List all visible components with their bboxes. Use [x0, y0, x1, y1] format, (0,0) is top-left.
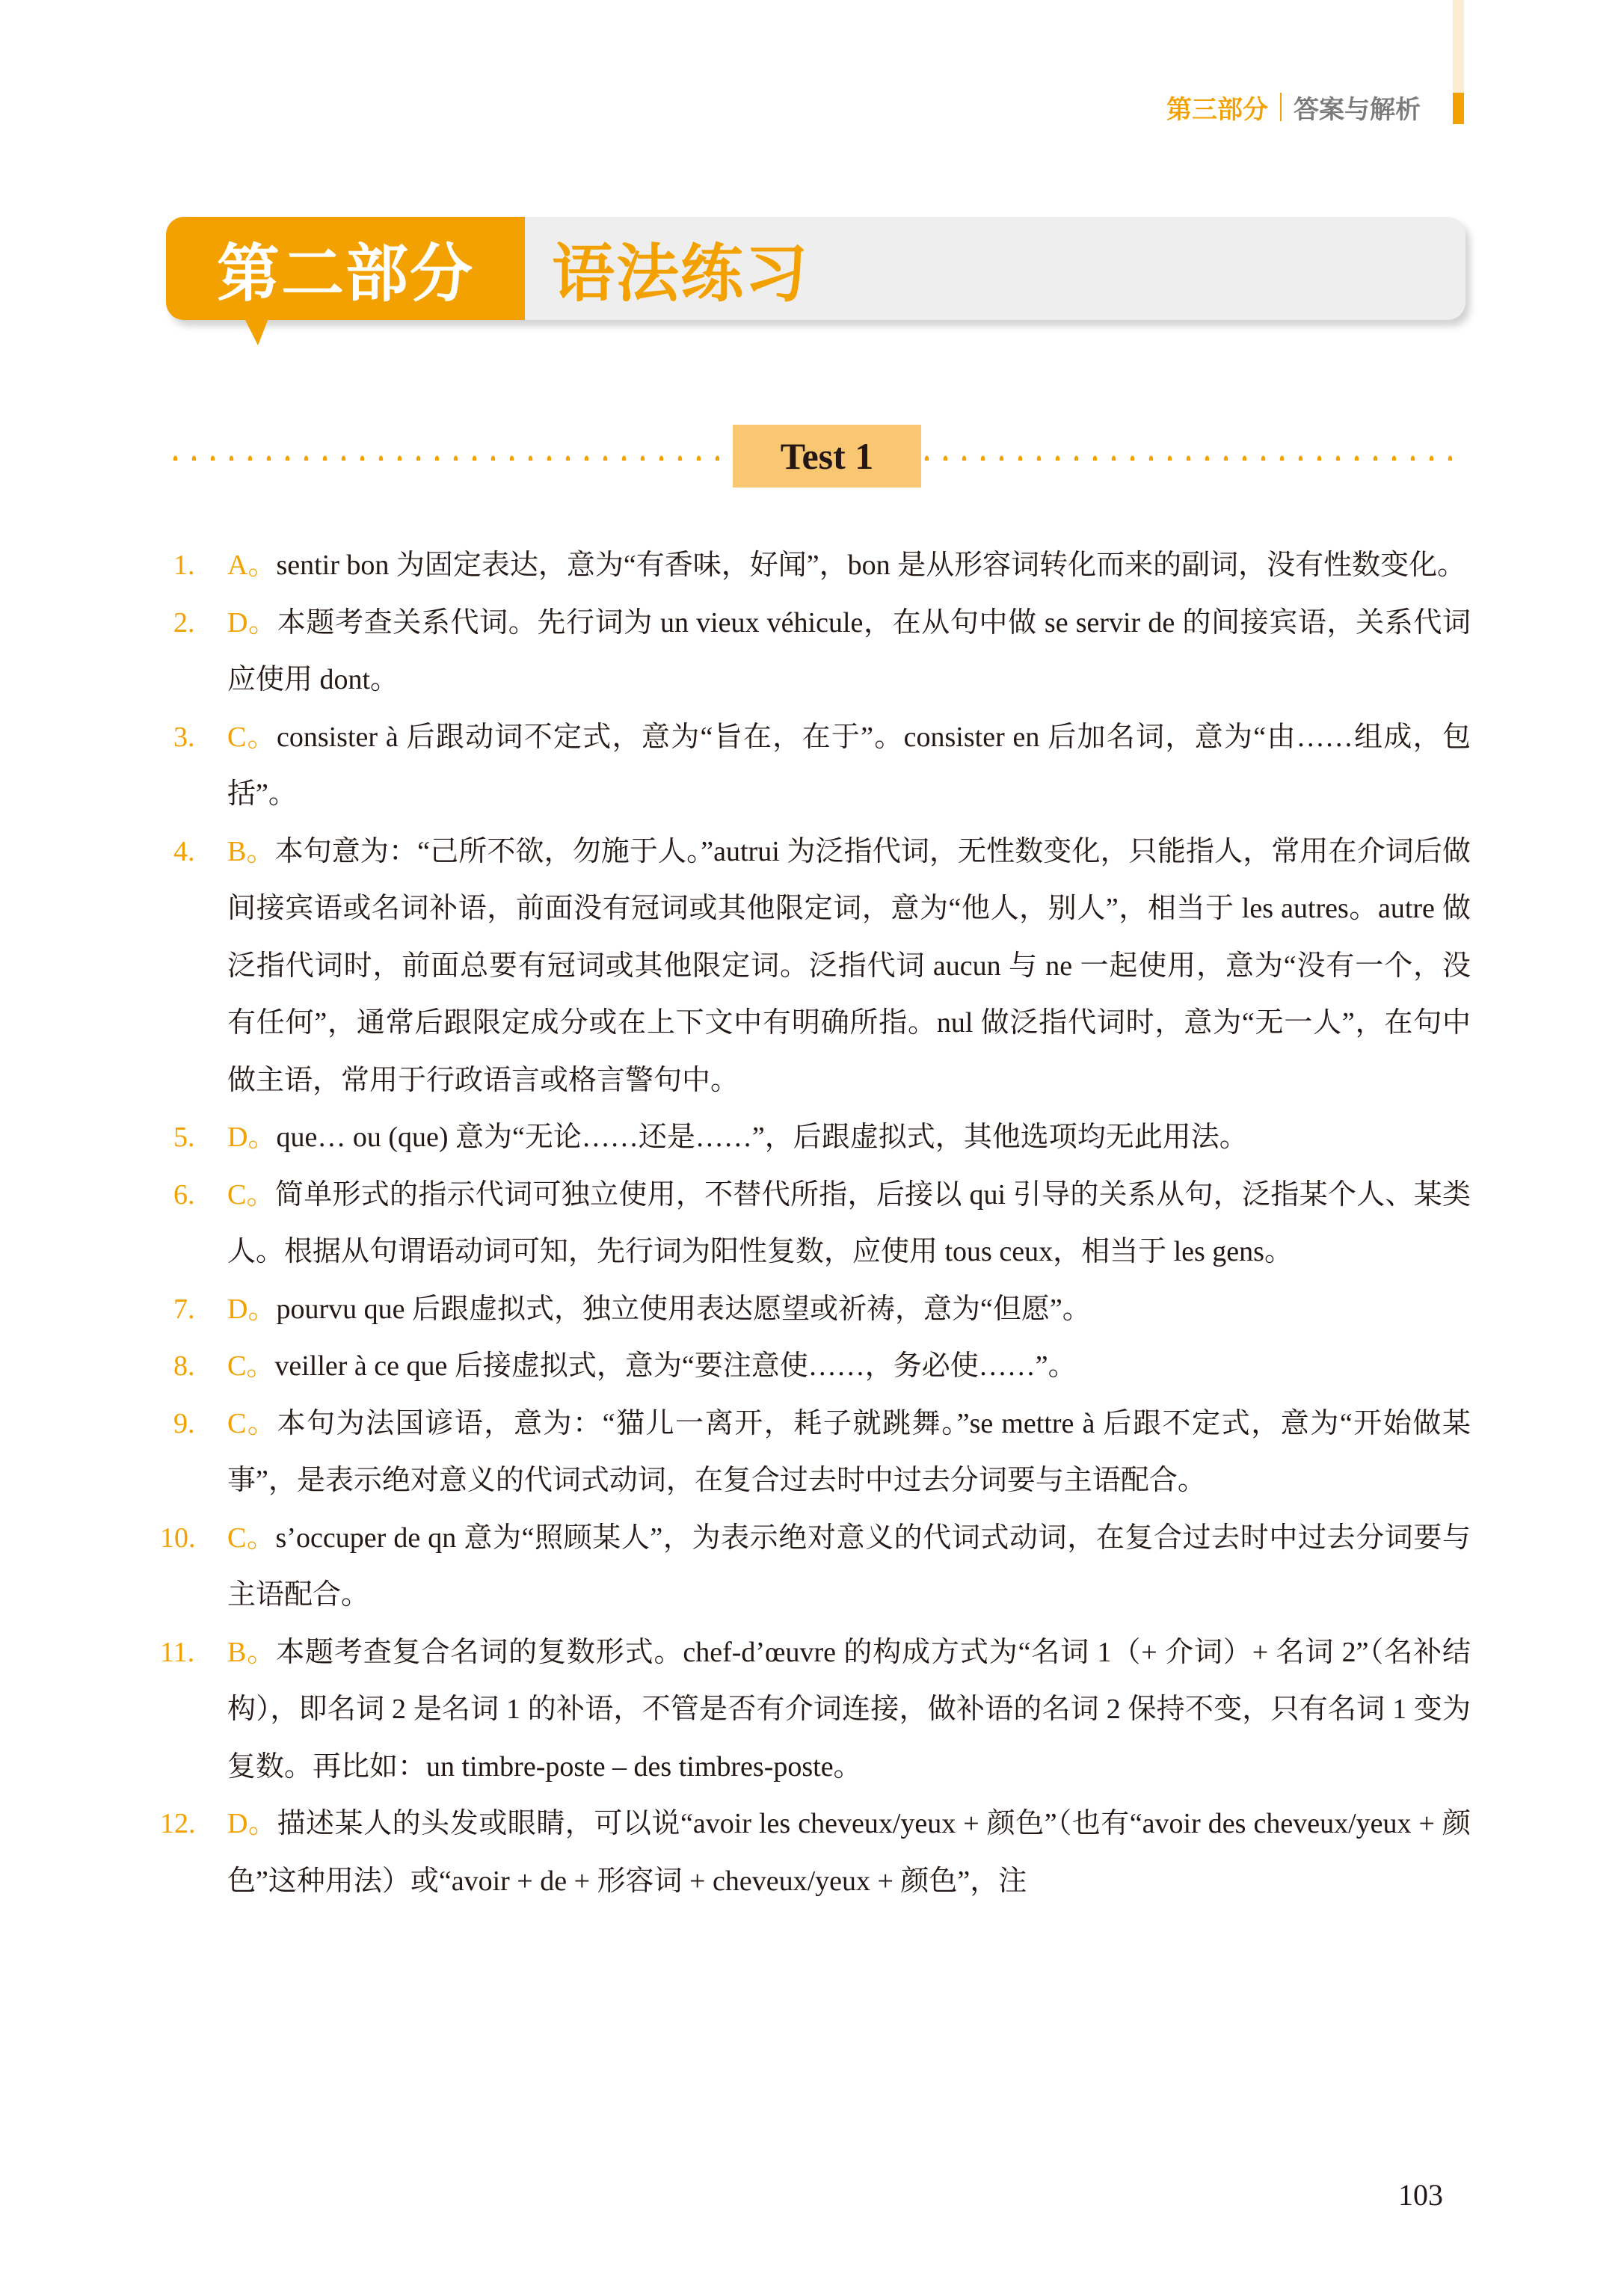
answer-number: 3.	[173, 709, 227, 766]
answer-item-12: 12.D。描述某人的头发或眼睛，可以说“avoir les cheveux/ye…	[173, 1795, 1471, 1910]
answer-number: 10.	[160, 1510, 214, 1567]
answer-item-2: 2.D。本题考查关系代词。先行词为 un vieux véhicule，在从句中…	[173, 594, 1471, 709]
answer-item-6: 6.C。简单形式的指示代词可独立使用，不替代所指，后接以 qui 引导的关系从句…	[173, 1166, 1471, 1281]
speech-bubble-tail-icon	[244, 319, 268, 345]
answer-explanation: 本句为法国谚语，意为：“猫儿一离开，耗子就跳舞。”se mettre à 后跟不…	[227, 1408, 1471, 1497]
answer-list: 1.A。sentir bon 为固定表达，意为“有香味，好闻”，bon 是从形容…	[173, 537, 1471, 1910]
banner-part-label: 第二部分	[166, 217, 525, 320]
answer-letter: D。	[227, 1808, 277, 1839]
answer-explanation: 本句意为：“己所不欲，勿施于人。”autrui 为泛指代词，无性数变化，只能指人…	[227, 836, 1471, 1096]
answer-item-11: 11.B。本题考查复合名词的复数形式。chef-d’œuvre 的构成方式为“名…	[173, 1624, 1471, 1796]
answer-item-9: 9.C。本句为法国谚语，意为：“猫儿一离开，耗子就跳舞。”se mettre à…	[173, 1395, 1471, 1510]
answer-item-7: 7.D。pourvu que 后跟虚拟式，独立使用表达愿望或祈祷，意为“但愿”。	[173, 1281, 1471, 1338]
answer-explanation: pourvu que 后跟虚拟式，独立使用表达愿望或祈祷，意为“但愿”。	[276, 1294, 1090, 1325]
answer-number: 2.	[173, 594, 227, 652]
answer-letter: D。	[227, 1122, 276, 1153]
answer-item-8: 8.C。veiller à ce que 后接虚拟式，意为“要注意使……，务必使…	[173, 1338, 1471, 1395]
answer-explanation: 本题考查关系代词。先行词为 un vieux véhicule，在从句中做 se…	[227, 607, 1471, 696]
answer-letter: A。	[227, 550, 276, 581]
answer-explanation: 本题考查复合名词的复数形式。chef-d’œuvre 的构成方式为“名词 1（+…	[227, 1637, 1471, 1783]
chapter-banner: 第二部分 语法练习	[166, 217, 1465, 320]
page-edge-tab-accent	[1453, 93, 1464, 124]
answer-item-10: 10.C。s’occuper de qn 意为“照顾某人”，为表示绝对意义的代词…	[173, 1510, 1471, 1624]
answer-explanation: que… ou (que) 意为“无论……还是……”，后跟虚拟式，其他选项均无此…	[276, 1122, 1247, 1153]
answer-letter: C。	[227, 1522, 276, 1554]
answer-explanation: consister à 后跟动词不定式，意为“旨在，在于”。consister …	[227, 722, 1471, 811]
answer-letter: C。	[227, 722, 277, 753]
answer-letter: C。	[227, 1408, 277, 1439]
answer-letter: B。	[227, 836, 275, 867]
answer-explanation: 简单形式的指示代词可独立使用，不替代所指，后接以 qui 引导的关系从句，泛指某…	[227, 1179, 1471, 1268]
page-edge-tab	[1453, 0, 1464, 93]
section-heading: Test 1	[166, 425, 1465, 489]
answer-letter: D。	[227, 1294, 276, 1325]
answer-explanation: 描述某人的头发或眼睛，可以说“avoir les cheveux/yeux + …	[227, 1808, 1471, 1897]
answer-item-4: 4.B。本句意为：“己所不欲，勿施于人。”autrui 为泛指代词，无性数变化，…	[173, 823, 1471, 1110]
dotted-divider-left	[166, 455, 719, 461]
answer-letter: B。	[227, 1637, 276, 1668]
banner-title: 语法练习	[552, 217, 809, 320]
answer-number: 7.	[173, 1281, 227, 1338]
running-head: 第三部分 答案与解析	[1084, 88, 1421, 126]
answer-letter: C。	[227, 1179, 275, 1211]
answer-number: 12.	[160, 1795, 214, 1853]
running-head-divider	[1280, 93, 1282, 121]
dotted-divider-right	[917, 455, 1463, 461]
answer-item-5: 5.D。que… ou (que) 意为“无论……还是……”，后跟虚拟式，其他选…	[173, 1109, 1471, 1166]
answer-item-3: 3.C。consister à 后跟动词不定式，意为“旨在，在于”。consis…	[173, 709, 1471, 823]
answer-letter: C。	[227, 1350, 274, 1382]
answer-number: 1.	[173, 537, 227, 594]
answer-explanation: s’occuper de qn 意为“照顾某人”，为表示绝对意义的代词式动词，在…	[227, 1522, 1471, 1611]
answer-explanation: veiller à ce que 后接虚拟式，意为“要注意使……，务必使……”。	[274, 1350, 1076, 1382]
running-head-title: 答案与解析	[1294, 89, 1421, 126]
answer-explanation: sentir bon 为固定表达，意为“有香味，好闻”，bon 是从形容词转化而…	[276, 550, 1465, 581]
answer-number: 6.	[173, 1166, 227, 1224]
test-label: Test 1	[733, 425, 921, 488]
answer-number: 8.	[173, 1338, 227, 1395]
answer-item-1: 1.A。sentir bon 为固定表达，意为“有香味，好闻”，bon 是从形容…	[173, 537, 1471, 594]
answer-number: 4.	[173, 823, 227, 881]
answer-letter: D。	[227, 607, 277, 639]
running-head-part: 第三部分	[1166, 89, 1268, 126]
answer-number: 5.	[173, 1109, 227, 1166]
answer-number: 11.	[160, 1624, 214, 1682]
page-number: 103	[1398, 2177, 1443, 2212]
answer-number: 9.	[173, 1395, 227, 1453]
